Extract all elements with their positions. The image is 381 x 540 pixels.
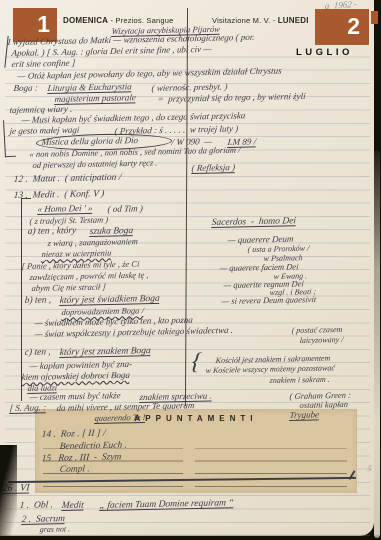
scanned-diary-photo: 1 2 DOMENICA - Prezios. Sangue Visitazio… <box>0 0 381 540</box>
handwritten-line: nieraz w ucierpieniu <box>41 249 112 259</box>
diary-page: 1 2 DOMENICA - Prezios. Sangue Visitazio… <box>0 0 374 536</box>
handwritten-line: ( wiernośc. presbyt. ) <box>151 82 228 93</box>
handwritten-line: [ Panie , który dałeś mi tyle , że Ci <box>21 260 139 271</box>
handwritten-line: erit sine confine ] <box>11 59 75 69</box>
handwritten-line: 12 . Matut . ( anticipation / <box>13 174 121 186</box>
handwritten-line: magisterium pastorale <box>54 93 136 104</box>
handwritten-line: — świat współczesny i potrzebuje takiego… <box>34 326 233 339</box>
handwritten-line: 13 . Medit . ( Konf. V ) <box>13 190 104 201</box>
handwritten-line: Mistica della gloria di Dio <box>41 136 138 147</box>
handwritten-line: który jest znakiem Boga <box>59 347 151 358</box>
handwritten-line: da mihi vivere , ut semper Te quaeram <box>56 401 195 413</box>
handwritten-line: { <box>190 350 202 374</box>
handwritten-line: quaerendo Te ! <box>94 413 146 423</box>
handwritten-line: Sacerdos - homo Dei <box>211 217 296 228</box>
handwritten-line: Medit <box>61 502 84 512</box>
pencil-note: a 1962 - <box>325 0 357 11</box>
handwritten-line: — Otóż kapłan jest powołany do tego, aby… <box>17 66 282 81</box>
book-page-edges <box>374 150 380 538</box>
handwritten-line: ( postać czasem <box>291 326 342 335</box>
handwritten-line: znakiem i sakram . <box>269 376 330 385</box>
handwritten-line: ( z tradycji St. Testam ) <box>29 215 108 225</box>
handwritten-line: c) ten , <box>24 348 51 358</box>
handwritten-line: 14 . Roz . [ II ] / <box>41 430 106 441</box>
handwritten-line: « non nobis Domine , non nobis , sed nom… <box>29 146 241 159</box>
handwritten-line: « Homo Dei ' » <box>37 204 93 214</box>
photo-shadow-bottom <box>0 534 381 540</box>
handwritten-line: abym Cię nie stracił ] <box>31 282 106 292</box>
handwritten-line: Benedictio Euch . <box>59 442 127 453</box>
handwritten-line: 1 . Obl . <box>19 501 53 511</box>
handwriting-layer: a 1962 -Wizytacja arcybiskupia PijarówI … <box>0 0 374 536</box>
handwritten-line: kiem ojcowskiej dobroci Boga <box>21 371 130 382</box>
handwritten-line: zawdzięczam , powróć mi łaskę tę , <box>29 271 149 282</box>
handwritten-line: z wiarą , zaangażowaniem <box>47 237 138 247</box>
handwritten-line: b) ten , <box>24 296 51 306</box>
handwritten-line: = przyczyniał się do tego , by wierni ży… <box>157 92 306 104</box>
handwritten-line: ( Refleksja ) <box>191 163 235 173</box>
handwritten-line: 15 Roz . III - Szym <box>41 453 121 464</box>
handwritten-line: laicyzowany / <box>299 336 343 345</box>
handwritten-line: — czasem musi być także <box>29 391 121 402</box>
handwritten-line: Apokal. ) [ S. Aug. : gloria Dei erit si… <box>11 45 212 58</box>
handwritten-line: Compl . <box>59 465 90 475</box>
photo-shadow-corner <box>0 445 17 540</box>
handwritten-line: Trygube <box>289 410 319 420</box>
handwritten-line: gras not . <box>39 525 70 534</box>
handwritten-line: ostatni kapłan <box>299 400 348 410</box>
handwritten-line: — si revera Deum quaesivit <box>221 295 316 305</box>
handwritten-line: a) ten , który <box>27 227 76 238</box>
handwritten-line: [ S. Aug. : <box>9 403 46 413</box>
handwritten-line: który jest świadkiem Boga <box>59 295 160 307</box>
handwritten-line: Liturgia & Eucharystia <box>47 82 132 93</box>
handwritten-line: „ faciem Tuam Domine requiram “ <box>99 499 234 511</box>
handwritten-line: ( od Tim ) <box>107 204 143 214</box>
handwritten-line: Boga : <box>13 83 38 93</box>
handwritten-line: w Kościele wszyscy możemy pozostawać <box>205 364 335 375</box>
handwritten-line: od pierwszej do ostatniej karty ręcz . <box>32 158 158 169</box>
handwritten-line: je gesto małej wagi <box>9 126 79 136</box>
